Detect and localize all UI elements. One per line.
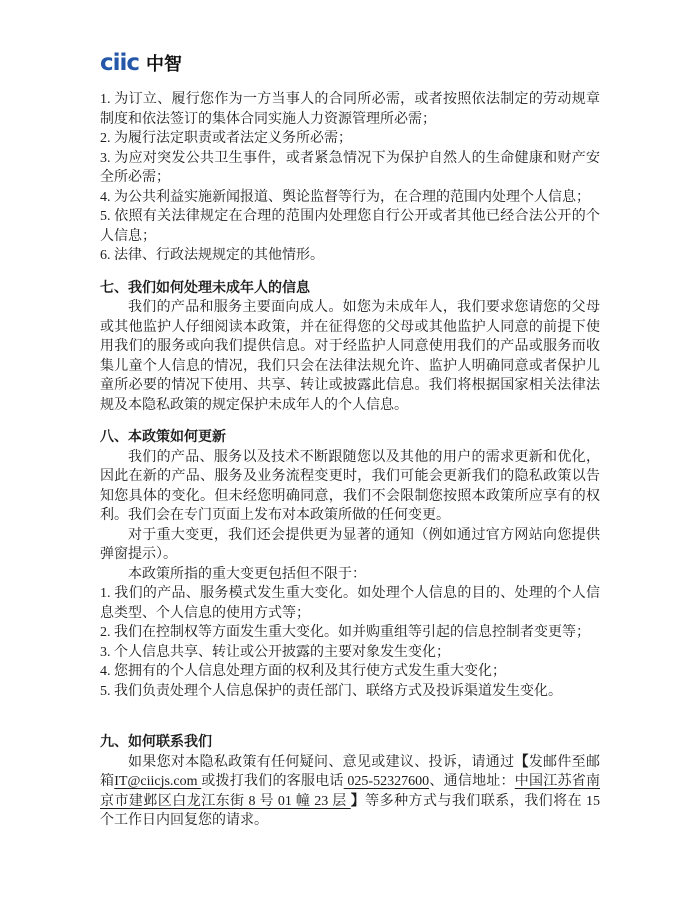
document-page: ciic 中智 1. 为订立、履行您作为一方当事人的合同所必需，或者按照依法制定… <box>0 0 700 905</box>
section-7-heading: 七、我们如何处理未成年人的信息 <box>100 279 600 299</box>
contact-text-phone-label: 或拨打我们的客服电话 <box>201 774 343 789</box>
section-9-heading: 九、如何联系我们 <box>100 733 600 753</box>
legal-basis-item-6: 6. 法律、行政法规规定的其他情形。 <box>100 246 600 266</box>
major-change-item-5: 5. 我们负责处理个人信息保护的责任部门、联络方式及投诉渠道发生变化。 <box>100 682 600 702</box>
section-7-paragraph: 我们的产品和服务主要面向成人。如您为未成年人，我们要求您请您的父母或其他监护人仔… <box>100 298 600 415</box>
close-bracket: 】 <box>351 794 365 809</box>
legal-basis-item-4: 4. 为公共利益实施新闻报道、舆论监督等行为，在合理的范围内处理个人信息； <box>100 188 600 208</box>
major-change-item-4: 4. 您拥有的个人信息处理方面的权利及其行使方式发生重大变化； <box>100 662 600 682</box>
ciic-logo-latin: ciic <box>100 50 139 76</box>
legal-basis-item-2: 2. 为履行法定职责或者法定义务所必需； <box>100 129 600 149</box>
major-change-item-2: 2. 我们在控制权等方面发生重大变化。如并购重组等引起的信息控制者变更等； <box>100 623 600 643</box>
section-8-paragraph-2: 对于重大变更，我们还会提供更为显著的通知（例如通过官方网站向您提供弹窗提示）。 <box>100 526 600 565</box>
contact-paragraph: 如果您对本隐私政策有任何疑问、意见或建议、投诉，请通过【发邮件至邮箱IT@cii… <box>100 753 600 831</box>
open-bracket: 【 <box>514 755 528 770</box>
legal-basis-item-5: 5. 依照有关法律规定在合理的范围内处理您自行公开或者其他已经合法公开的个人信息… <box>100 207 600 246</box>
contact-phone: 025-52327600 <box>344 774 429 789</box>
section-8-heading: 八、本政策如何更新 <box>100 428 600 448</box>
contact-text-intro: 如果您对本隐私政策有任何疑问、意见或建议、投诉，请通过 <box>128 755 514 770</box>
contact-text-address-label: 、通信地址： <box>429 774 515 789</box>
section-8-paragraph-1: 我们的产品、服务以及技术不断跟随您以及其他的用户的需求更新和优化，因此在新的产品… <box>100 448 600 526</box>
major-change-item-3: 3. 个人信息共享、转让或公开披露的主要对象发生变化； <box>100 643 600 663</box>
section-8-paragraph-3: 本政策所指的重大变更包括但不限于： <box>100 565 600 585</box>
major-change-item-1: 1. 我们的产品、服务模式发生重大变化。如处理个人信息的目的、处理的个人信息类型… <box>100 584 600 623</box>
ciic-logo-chinese: 中智 <box>146 50 182 76</box>
legal-basis-item-1: 1. 为订立、履行您作为一方当事人的合同所必需，或者按照依法制定的劳动规章制度和… <box>100 90 600 129</box>
legal-basis-item-3: 3. 为应对突发公共卫生事件，或者紧急情况下为保护自然人的生命健康和财产安全所必… <box>100 149 600 188</box>
contact-email: IT@ciicjs.com <box>114 774 201 789</box>
ciic-logo: ciic 中智 <box>100 50 600 76</box>
